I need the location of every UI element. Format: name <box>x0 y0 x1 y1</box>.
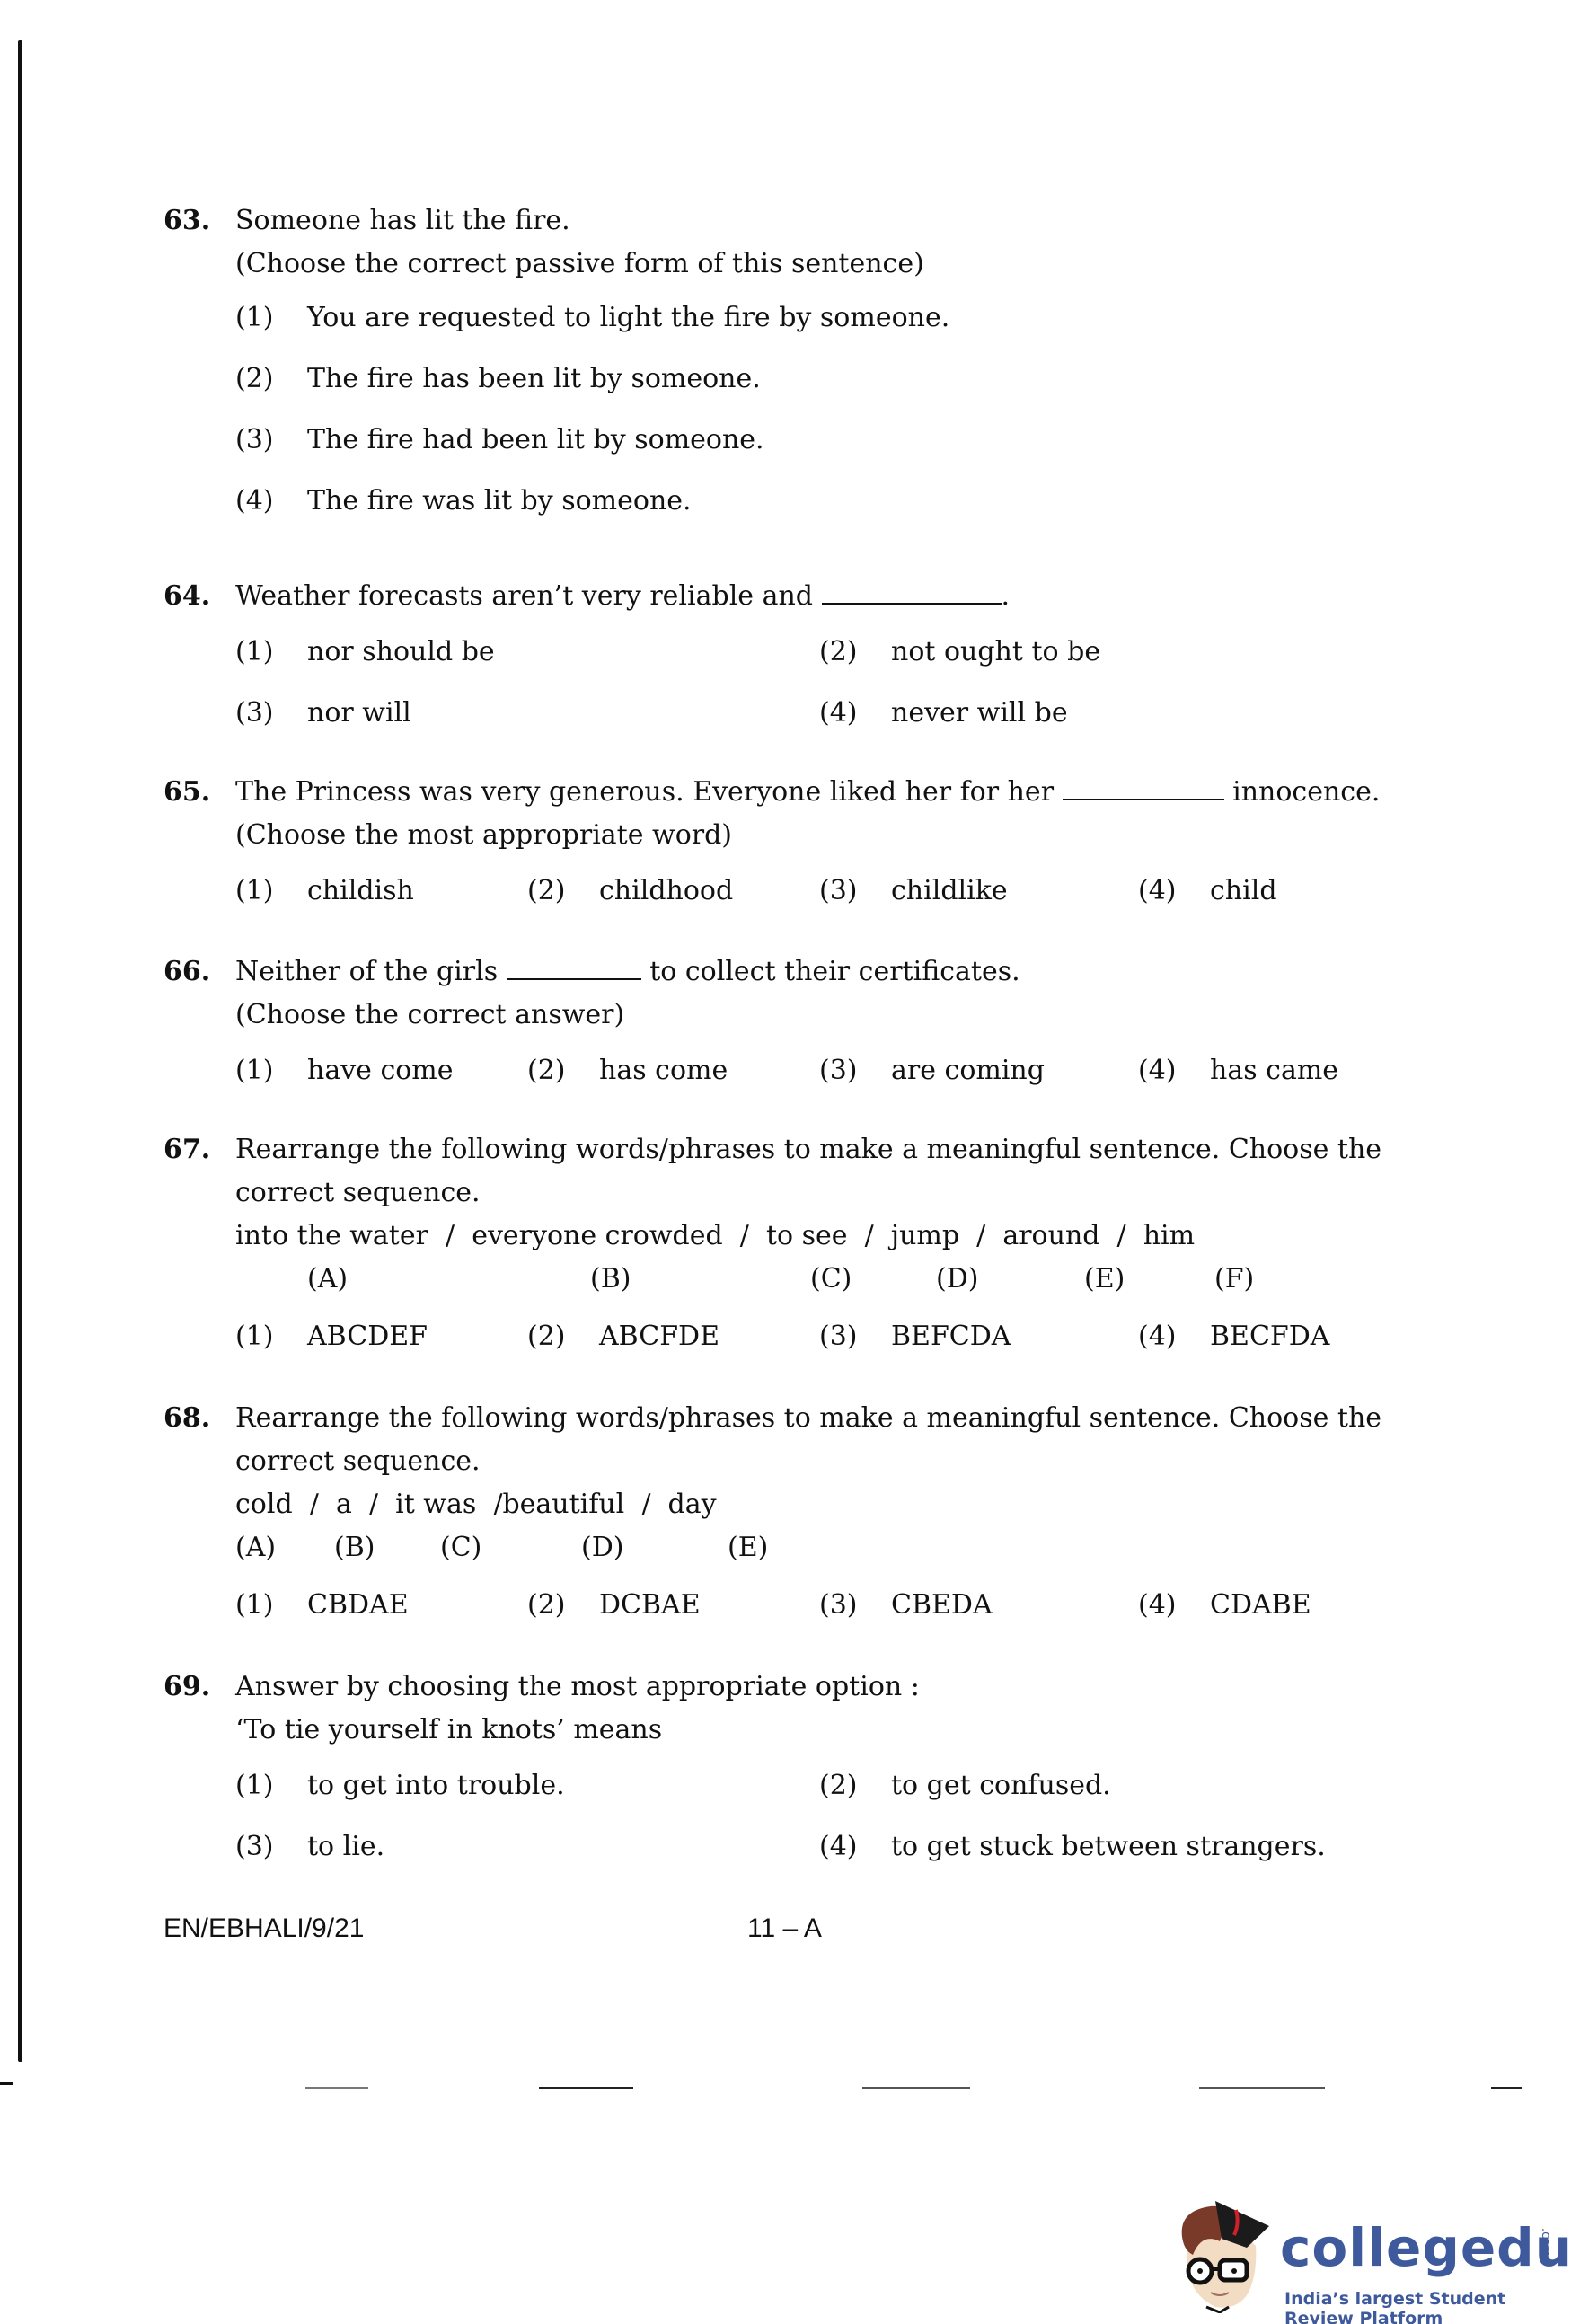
question-stem: Weather forecasts aren’t very reliable a… <box>235 575 1421 618</box>
option-1[interactable]: (1)childish <box>235 870 527 913</box>
question-stem: Rearrange the following words/phrases to… <box>235 1397 1421 1440</box>
binding-edge-line <box>18 40 22 2062</box>
question-number: 66. <box>163 950 235 994</box>
question-instruction: (Choose the correct passive form of this… <box>235 243 1421 286</box>
option-3[interactable]: (3)The fire had been lit by someone. <box>235 410 1421 471</box>
option-4[interactable]: (4)BECFDA <box>1138 1315 1329 1358</box>
option-3[interactable]: (3)BEFCDA <box>819 1315 1138 1358</box>
option-2[interactable]: (2)has come <box>527 1049 819 1092</box>
option-2[interactable]: (2)The fire has been lit by someone. <box>235 349 1421 410</box>
question-instruction: (Choose the correct answer) <box>235 994 1421 1037</box>
scan-dash <box>539 2087 633 2089</box>
paper-code: EN/EBHALI/9/21 <box>163 1913 364 1944</box>
option-3[interactable]: (3)childlike <box>819 870 1138 913</box>
scan-dash <box>862 2087 970 2089</box>
question-68: 68. Rearrange the following words/phrase… <box>163 1397 1421 1636</box>
fill-blank <box>507 955 641 980</box>
phrase-labels: (A) (B) (C) (D) (E) (F) <box>235 1258 1421 1303</box>
brand-name: collegedunia <box>1280 2217 1571 2278</box>
option-4[interactable]: (4)The fire was lit by someone. <box>235 471 1421 532</box>
option-3[interactable]: (3)CBEDA <box>819 1584 1138 1627</box>
option-2[interactable]: (2)ABCFDE <box>527 1315 819 1358</box>
option-2[interactable]: (2)not ought to be <box>819 631 1100 674</box>
option-2[interactable]: (2)DCBAE <box>527 1584 819 1627</box>
question-number: 67. <box>163 1128 235 1171</box>
option-1[interactable]: (1)to get into trouble. <box>235 1764 819 1807</box>
scan-dash <box>305 2087 368 2089</box>
question-number: 69. <box>163 1666 235 1709</box>
option-1[interactable]: (1)You are requested to light the fire b… <box>235 287 1421 349</box>
option-2[interactable]: (2)childhood <box>527 870 819 913</box>
option-1[interactable]: (1)CBDAE <box>235 1584 527 1627</box>
student-mascot-icon <box>1175 2192 1278 2313</box>
question-67: 67. Rearrange the following words/phrase… <box>163 1128 1421 1367</box>
option-1[interactable]: (1)nor should be <box>235 631 819 674</box>
option-4[interactable]: (4)has came <box>1138 1049 1338 1092</box>
question-69: 69. Answer by choosing the most appropri… <box>163 1666 1421 1878</box>
fill-blank <box>1063 775 1224 800</box>
scan-dash <box>1491 2087 1522 2089</box>
collegedunia-logo: collegedunia .com India’s largest Studen… <box>1159 2192 1563 2318</box>
question-idiom: ‘To tie yourself in knots’ means <box>235 1709 1421 1752</box>
question-stem: Someone has lit the fire. <box>235 199 1421 243</box>
option-3[interactable]: (3)to lie. <box>235 1825 819 1869</box>
option-4[interactable]: (4)to get stuck between strangers. <box>819 1825 1326 1869</box>
fill-blank <box>822 579 1002 605</box>
question-66: 66. Neither of the girls to collect thei… <box>163 950 1421 1101</box>
question-number: 68. <box>163 1397 235 1440</box>
option-2[interactable]: (2)to get confused. <box>819 1764 1111 1807</box>
question-stem: The Princess was very generous. Everyone… <box>235 771 1421 814</box>
option-4[interactable]: (4)child <box>1138 870 1277 913</box>
question-instruction: (Choose the most appropriate word) <box>235 814 1421 857</box>
brand-dotcom: .com <box>1539 2228 1552 2257</box>
brand-tagline: India’s largest Student Review Platform <box>1284 2289 1563 2324</box>
question-65: 65. The Princess was very generous. Ever… <box>163 771 1421 922</box>
question-stem-cont: correct sequence. <box>235 1440 1421 1483</box>
phrase-labels: (A) (B) (C) (D) (E) <box>235 1526 1421 1571</box>
option-1[interactable]: (1)have come <box>235 1049 527 1092</box>
question-stem-cont: correct sequence. <box>235 1171 1421 1215</box>
scan-dash <box>1199 2087 1325 2089</box>
question-stem: Rearrange the following words/phrases to… <box>235 1128 1421 1171</box>
page-number: 11 – A <box>747 1913 822 1944</box>
question-63: 63. Someone has lit the fire. (Choose th… <box>163 199 1421 532</box>
question-number: 63. <box>163 199 235 243</box>
phrase-list: into the water / everyone crowded / to s… <box>235 1215 1421 1258</box>
question-number: 64. <box>163 575 235 618</box>
question-64: 64. Weather forecasts aren’t very reliab… <box>163 575 1421 744</box>
option-4[interactable]: (4)CDABE <box>1138 1584 1311 1627</box>
option-3[interactable]: (3)are coming <box>819 1049 1138 1092</box>
binding-tick <box>0 2082 13 2085</box>
exam-page: 63. Someone has lit the fire. (Choose th… <box>0 0 1571 2324</box>
option-4[interactable]: (4)never will be <box>819 692 1068 735</box>
phrase-list: cold / a / it was /beautiful / day <box>235 1483 1421 1526</box>
question-stem: Answer by choosing the most appropriate … <box>235 1666 1421 1709</box>
option-3[interactable]: (3)nor will <box>235 692 819 735</box>
question-number: 65. <box>163 771 235 814</box>
option-1[interactable]: (1)ABCDEF <box>235 1315 527 1358</box>
question-stem: Neither of the girls to collect their ce… <box>235 950 1421 994</box>
